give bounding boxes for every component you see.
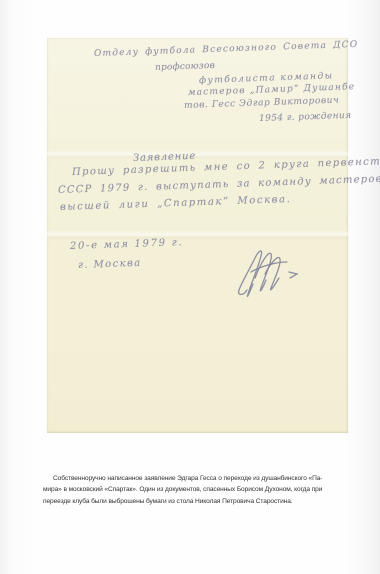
handwriting-date: 20-е мая 1979 г. [70,238,184,252]
handwriting-header-line: Отделу футбола Всесоюзного Совета ДСО [94,40,359,59]
handwriting-body-line: высшей лиги „Спартак“ Москва. [60,195,292,213]
book-page: Отделу футбола Всесоюзного Совета ДСО пр… [0,0,380,574]
handwriting-header-line: профсоюзов [155,61,215,73]
paper-fold [47,230,348,240]
handwriting-header-line: 1954 г. рождения [259,111,352,124]
photo-caption: Собственноручно написанное заявление Эдг… [43,473,348,507]
caption-line: Собственноручно написанное заявление Эдг… [43,473,348,484]
signature-icon [233,244,305,304]
handwriting-header-line: тов. Гесс Эдгар Викторович [184,96,340,111]
caption-line: мира» в московский «Спартак». Один из до… [43,484,348,495]
handwriting-body-line: СССР 1979 г. выступать за команду мастер… [58,175,380,196]
document-photo: Отделу футбола Всесоюзного Совета ДСО пр… [47,38,348,433]
caption-line: переезде клуба были выброшены бумаги из … [43,496,348,507]
handwriting-place: г. Москва [78,259,142,271]
